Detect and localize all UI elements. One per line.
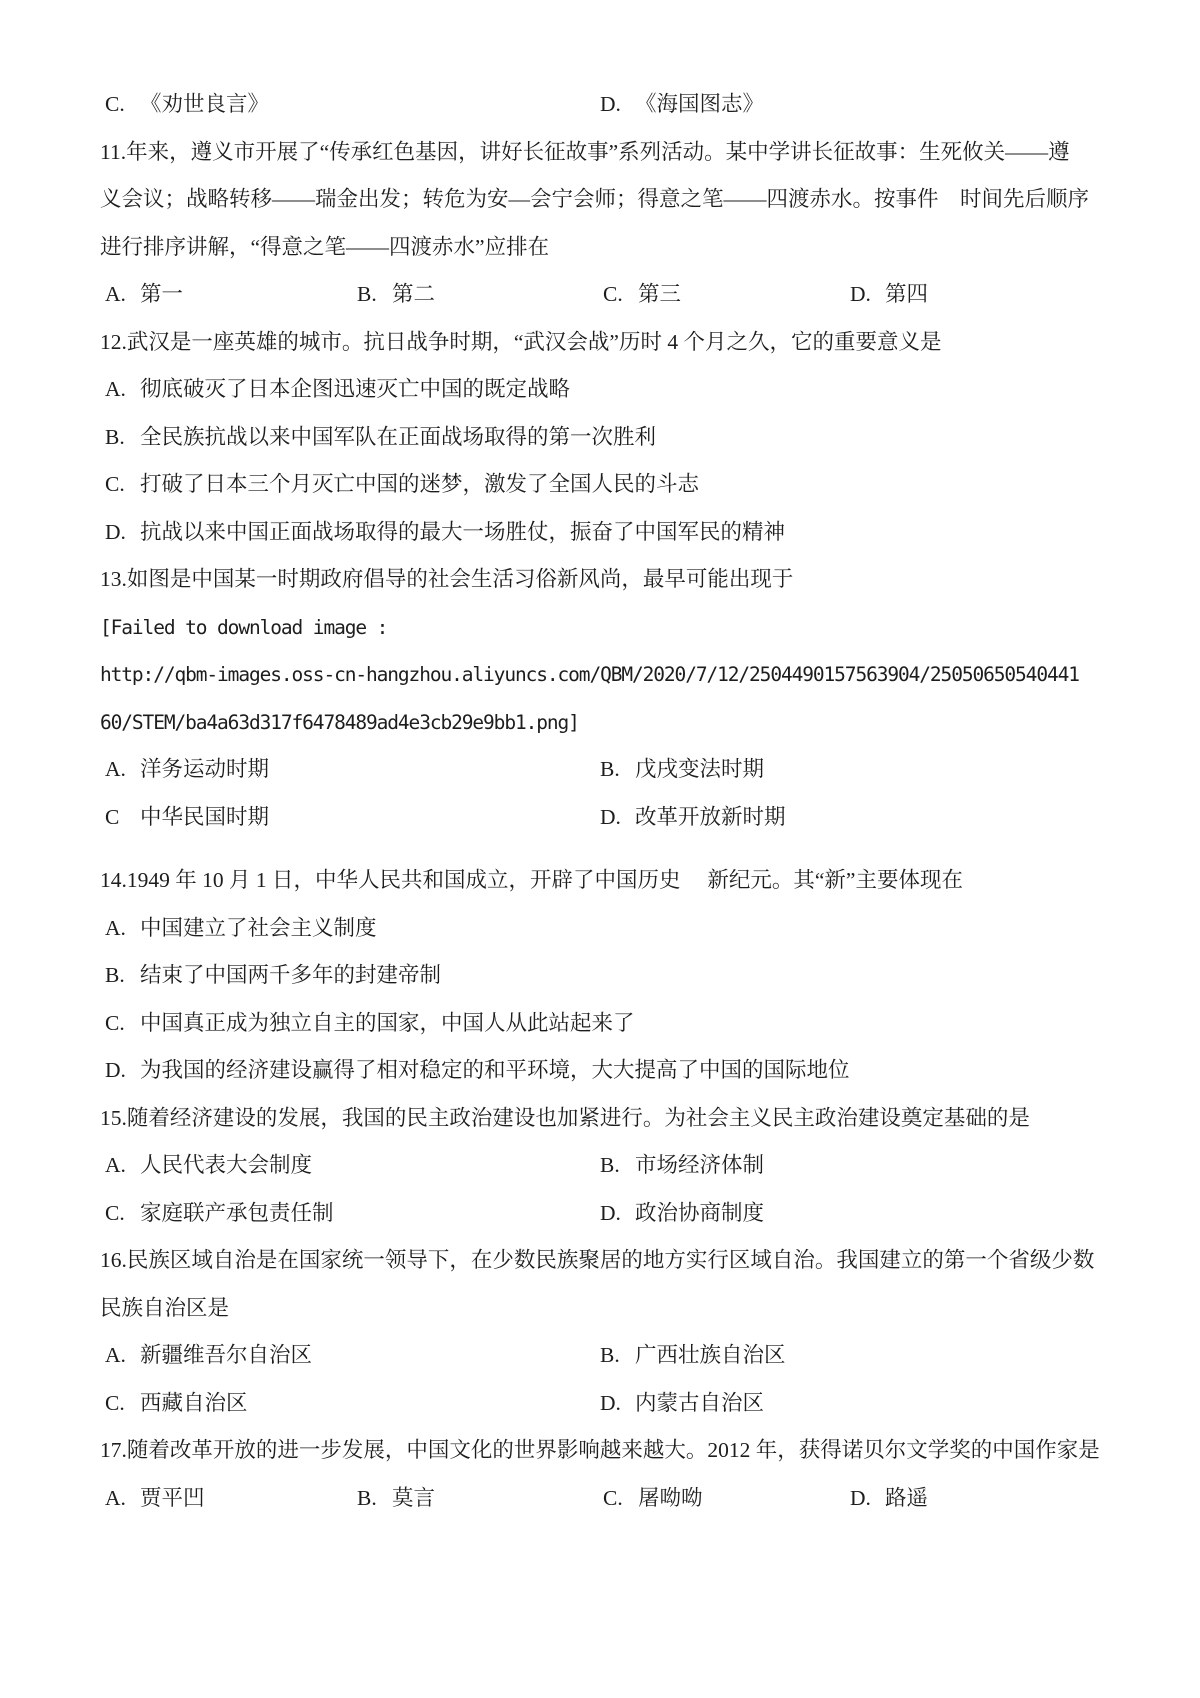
q16-stem-line-2: 民族自治区是 [100, 1285, 1110, 1333]
option-letter: D. [105, 509, 140, 557]
q14-option-d: D.为我国的经济建设赢得了相对稳定的和平环境，大大提高了中国的国际地位 [100, 1047, 1110, 1095]
option-text: 《海国图志》 [635, 92, 764, 116]
q13-option-d: D.改革开放新时期 [600, 794, 786, 842]
q11-option-d: D.第四 [850, 271, 928, 319]
q13-image-url-line-2: 60/STEM/ba4a63d317f6478489ad4e3cb29e9bb1… [100, 699, 1110, 747]
option-letter: C [105, 794, 140, 842]
q13-image-error-text: [Failed to download image : [100, 604, 1110, 652]
option-letter: A. [105, 1475, 140, 1523]
option-text: 新疆维吾尔自治区 [140, 1343, 312, 1367]
option-text: 莫言 [392, 1486, 435, 1510]
q14-option-c: C.中国真正成为独立自主的国家，中国人从此站起来了 [100, 1000, 1110, 1048]
q17-option-d: D.路遥 [850, 1475, 928, 1523]
option-text: 人民代表大会制度 [140, 1153, 312, 1177]
q16-option-b: B.广西壮族自治区 [600, 1332, 786, 1380]
option-text: 广西壮族自治区 [635, 1343, 786, 1367]
q17-options-row: A.贾平凹 B.莫言 C.屠呦呦 D.路遥 [100, 1475, 1110, 1523]
q13-option-c: C中华民国时期 [105, 794, 269, 842]
option-text: 屠呦呦 [638, 1486, 703, 1510]
option-letter: C. [105, 1380, 140, 1428]
option-text: 第四 [885, 282, 928, 306]
q12-option-c: C.打破了日本三个月灭亡中国的迷梦，激发了全国人民的斗志 [100, 461, 1110, 509]
q15-options-row-2: C.家庭联产承包责任制 D.政治协商制度 [100, 1190, 1110, 1238]
q13-option-b: B.戊戌变法时期 [600, 746, 764, 794]
option-text: 打破了日本三个月灭亡中国的迷梦，激发了全国人民的斗志 [140, 472, 699, 496]
option-letter: A. [105, 905, 140, 953]
q16-option-d: D.内蒙古自治区 [600, 1380, 764, 1428]
q11-stem-line-2: 义会议；战略转移——瑞金出发；转危为安—会宁会师；得意之笔——四渡赤水。按事件 … [100, 176, 1110, 224]
q16-option-c: C.西藏自治区 [105, 1380, 248, 1428]
option-text: 彻底破灭了日本企图迅速灭亡中国的既定战略 [140, 377, 570, 401]
option-letter: D. [105, 1047, 140, 1095]
option-text: 政治协商制度 [635, 1201, 764, 1225]
option-text: 中国真正成为独立自主的国家，中国人从此站起来了 [140, 1011, 635, 1035]
q15-option-b: B.市场经济体制 [600, 1142, 764, 1190]
option-text: 第三 [638, 282, 681, 306]
q13-options-row-2: C中华民国时期 D.改革开放新时期 [100, 794, 1110, 842]
option-text: 中华民国时期 [140, 805, 269, 829]
option-letter: B. [357, 271, 392, 319]
option-letter: B. [105, 414, 140, 462]
option-text: 市场经济体制 [635, 1153, 764, 1177]
option-text: 抗战以来中国正面战场取得的最大一场胜仗，振奋了中国军民的精神 [140, 520, 785, 544]
q11-option-a: A.第一 [105, 271, 183, 319]
q17-option-c: C.屠呦呦 [603, 1475, 703, 1523]
q13-stem: 13.如图是中国某一时期政府倡导的社会生活习俗新风尚，最早可能出现于 [100, 556, 1110, 604]
prev-option-d: D.《海国图志》 [600, 81, 764, 129]
option-letter: B. [600, 1142, 635, 1190]
option-letter: D. [600, 81, 635, 129]
option-text: 为我国的经济建设赢得了相对稳定的和平环境，大大提高了中国的国际地位 [140, 1058, 850, 1082]
option-letter: C. [105, 81, 140, 129]
q14-stem: 14.1949 年 10 月 1 日，中华人民共和国成立，开辟了中国历史 新纪元… [100, 857, 1110, 905]
option-letter: C. [105, 1000, 140, 1048]
option-letter: D. [600, 1380, 635, 1428]
option-letter: A. [105, 366, 140, 414]
option-text: 结束了中国两千多年的封建帝制 [140, 963, 441, 987]
option-text: 家庭联产承包责任制 [140, 1201, 334, 1225]
q17-option-a: A.贾平凹 [105, 1475, 205, 1523]
q12-stem: 12.武汉是一座英雄的城市。抗日战争时期，“武汉会战”历时 4 个月之久，它的重… [100, 319, 1110, 367]
option-letter: A. [105, 1142, 140, 1190]
q15-option-a: A.人民代表大会制度 [105, 1142, 312, 1190]
q16-option-a: A.新疆维吾尔自治区 [105, 1332, 312, 1380]
q12-option-d: D.抗战以来中国正面战场取得的最大一场胜仗，振奋了中国军民的精神 [100, 509, 1110, 557]
q11-option-c: C.第三 [603, 271, 681, 319]
option-letter: D. [850, 1475, 885, 1523]
exam-page: C.《劝世良言》 D.《海国图志》 11.年来，遵义市开展了“传承红色基因，讲好… [0, 0, 1200, 1698]
q14-option-b: B.结束了中国两千多年的封建帝制 [100, 952, 1110, 1000]
option-text: 全民族抗战以来中国军队在正面战场取得的第一次胜利 [140, 425, 656, 449]
q13-options-row-1: A.洋务运动时期 B.戊戌变法时期 [100, 746, 1110, 794]
option-letter: A. [105, 1332, 140, 1380]
option-text: 改革开放新时期 [635, 805, 786, 829]
q17-stem: 17.随着改革开放的进一步发展，中国文化的世界影响越来越大。2012 年，获得诺… [100, 1427, 1110, 1475]
q12-option-a: A.彻底破灭了日本企图迅速灭亡中国的既定战略 [100, 366, 1110, 414]
option-text: 第二 [392, 282, 435, 306]
option-letter: B. [105, 952, 140, 1000]
q15-stem: 15.随着经济建设的发展，我国的民主政治建设也加紧进行。为社会主义民主政治建设奠… [100, 1095, 1110, 1143]
option-letter: B. [357, 1475, 392, 1523]
option-letter: C. [603, 271, 638, 319]
q16-options-row-2: C.西藏自治区 D.内蒙古自治区 [100, 1380, 1110, 1428]
q12-option-b: B.全民族抗战以来中国军队在正面战场取得的第一次胜利 [100, 414, 1110, 462]
option-letter: C. [105, 461, 140, 509]
option-letter: A. [105, 746, 140, 794]
q14-option-a: A.中国建立了社会主义制度 [100, 905, 1110, 953]
q16-stem-line-1: 16.民族区域自治是在国家统一领导下，在少数民族聚居的地方实行区域自治。我国建立… [100, 1237, 1110, 1285]
q11-stem-line-3: 进行排序讲解，“得意之笔——四渡赤水”应排在 [100, 224, 1110, 272]
option-text: 第一 [140, 282, 183, 306]
q13-image-url-line-1: http://qbm-images.oss-cn-hangzhou.aliyun… [100, 651, 1110, 699]
option-text: 《劝世良言》 [140, 92, 269, 116]
q15-option-d: D.政治协商制度 [600, 1190, 764, 1238]
q11-options-row: A.第一 B.第二 C.第三 D.第四 [100, 271, 1110, 319]
option-text: 西藏自治区 [140, 1391, 248, 1415]
option-text: 内蒙古自治区 [635, 1391, 764, 1415]
option-text: 洋务运动时期 [140, 757, 269, 781]
option-letter: B. [600, 746, 635, 794]
exam-content: C.《劝世良言》 D.《海国图志》 11.年来，遵义市开展了“传承红色基因，讲好… [100, 81, 1110, 1522]
prev-question-options-row: C.《劝世良言》 D.《海国图志》 [100, 81, 1110, 129]
q13-option-a: A.洋务运动时期 [105, 746, 269, 794]
option-text: 中国建立了社会主义制度 [140, 916, 377, 940]
q17-option-b: B.莫言 [357, 1475, 435, 1523]
option-text: 贾平凹 [140, 1486, 205, 1510]
option-letter: D. [850, 271, 885, 319]
q15-options-row-1: A.人民代表大会制度 B.市场经济体制 [100, 1142, 1110, 1190]
option-letter: C. [603, 1475, 638, 1523]
option-letter: D. [600, 794, 635, 842]
q15-option-c: C.家庭联产承包责任制 [105, 1190, 334, 1238]
prev-option-c: C.《劝世良言》 [105, 81, 269, 129]
option-letter: C. [105, 1190, 140, 1238]
option-letter: A. [105, 271, 140, 319]
q11-stem-line-1: 11.年来，遵义市开展了“传承红色基因，讲好长征故事”系列活动。某中学讲长征故事… [100, 129, 1110, 177]
option-text: 路遥 [885, 1486, 928, 1510]
q16-options-row-1: A.新疆维吾尔自治区 B.广西壮族自治区 [100, 1332, 1110, 1380]
option-text: 戊戌变法时期 [635, 757, 764, 781]
option-letter: B. [600, 1332, 635, 1380]
option-letter: D. [600, 1190, 635, 1238]
q11-option-b: B.第二 [357, 271, 435, 319]
